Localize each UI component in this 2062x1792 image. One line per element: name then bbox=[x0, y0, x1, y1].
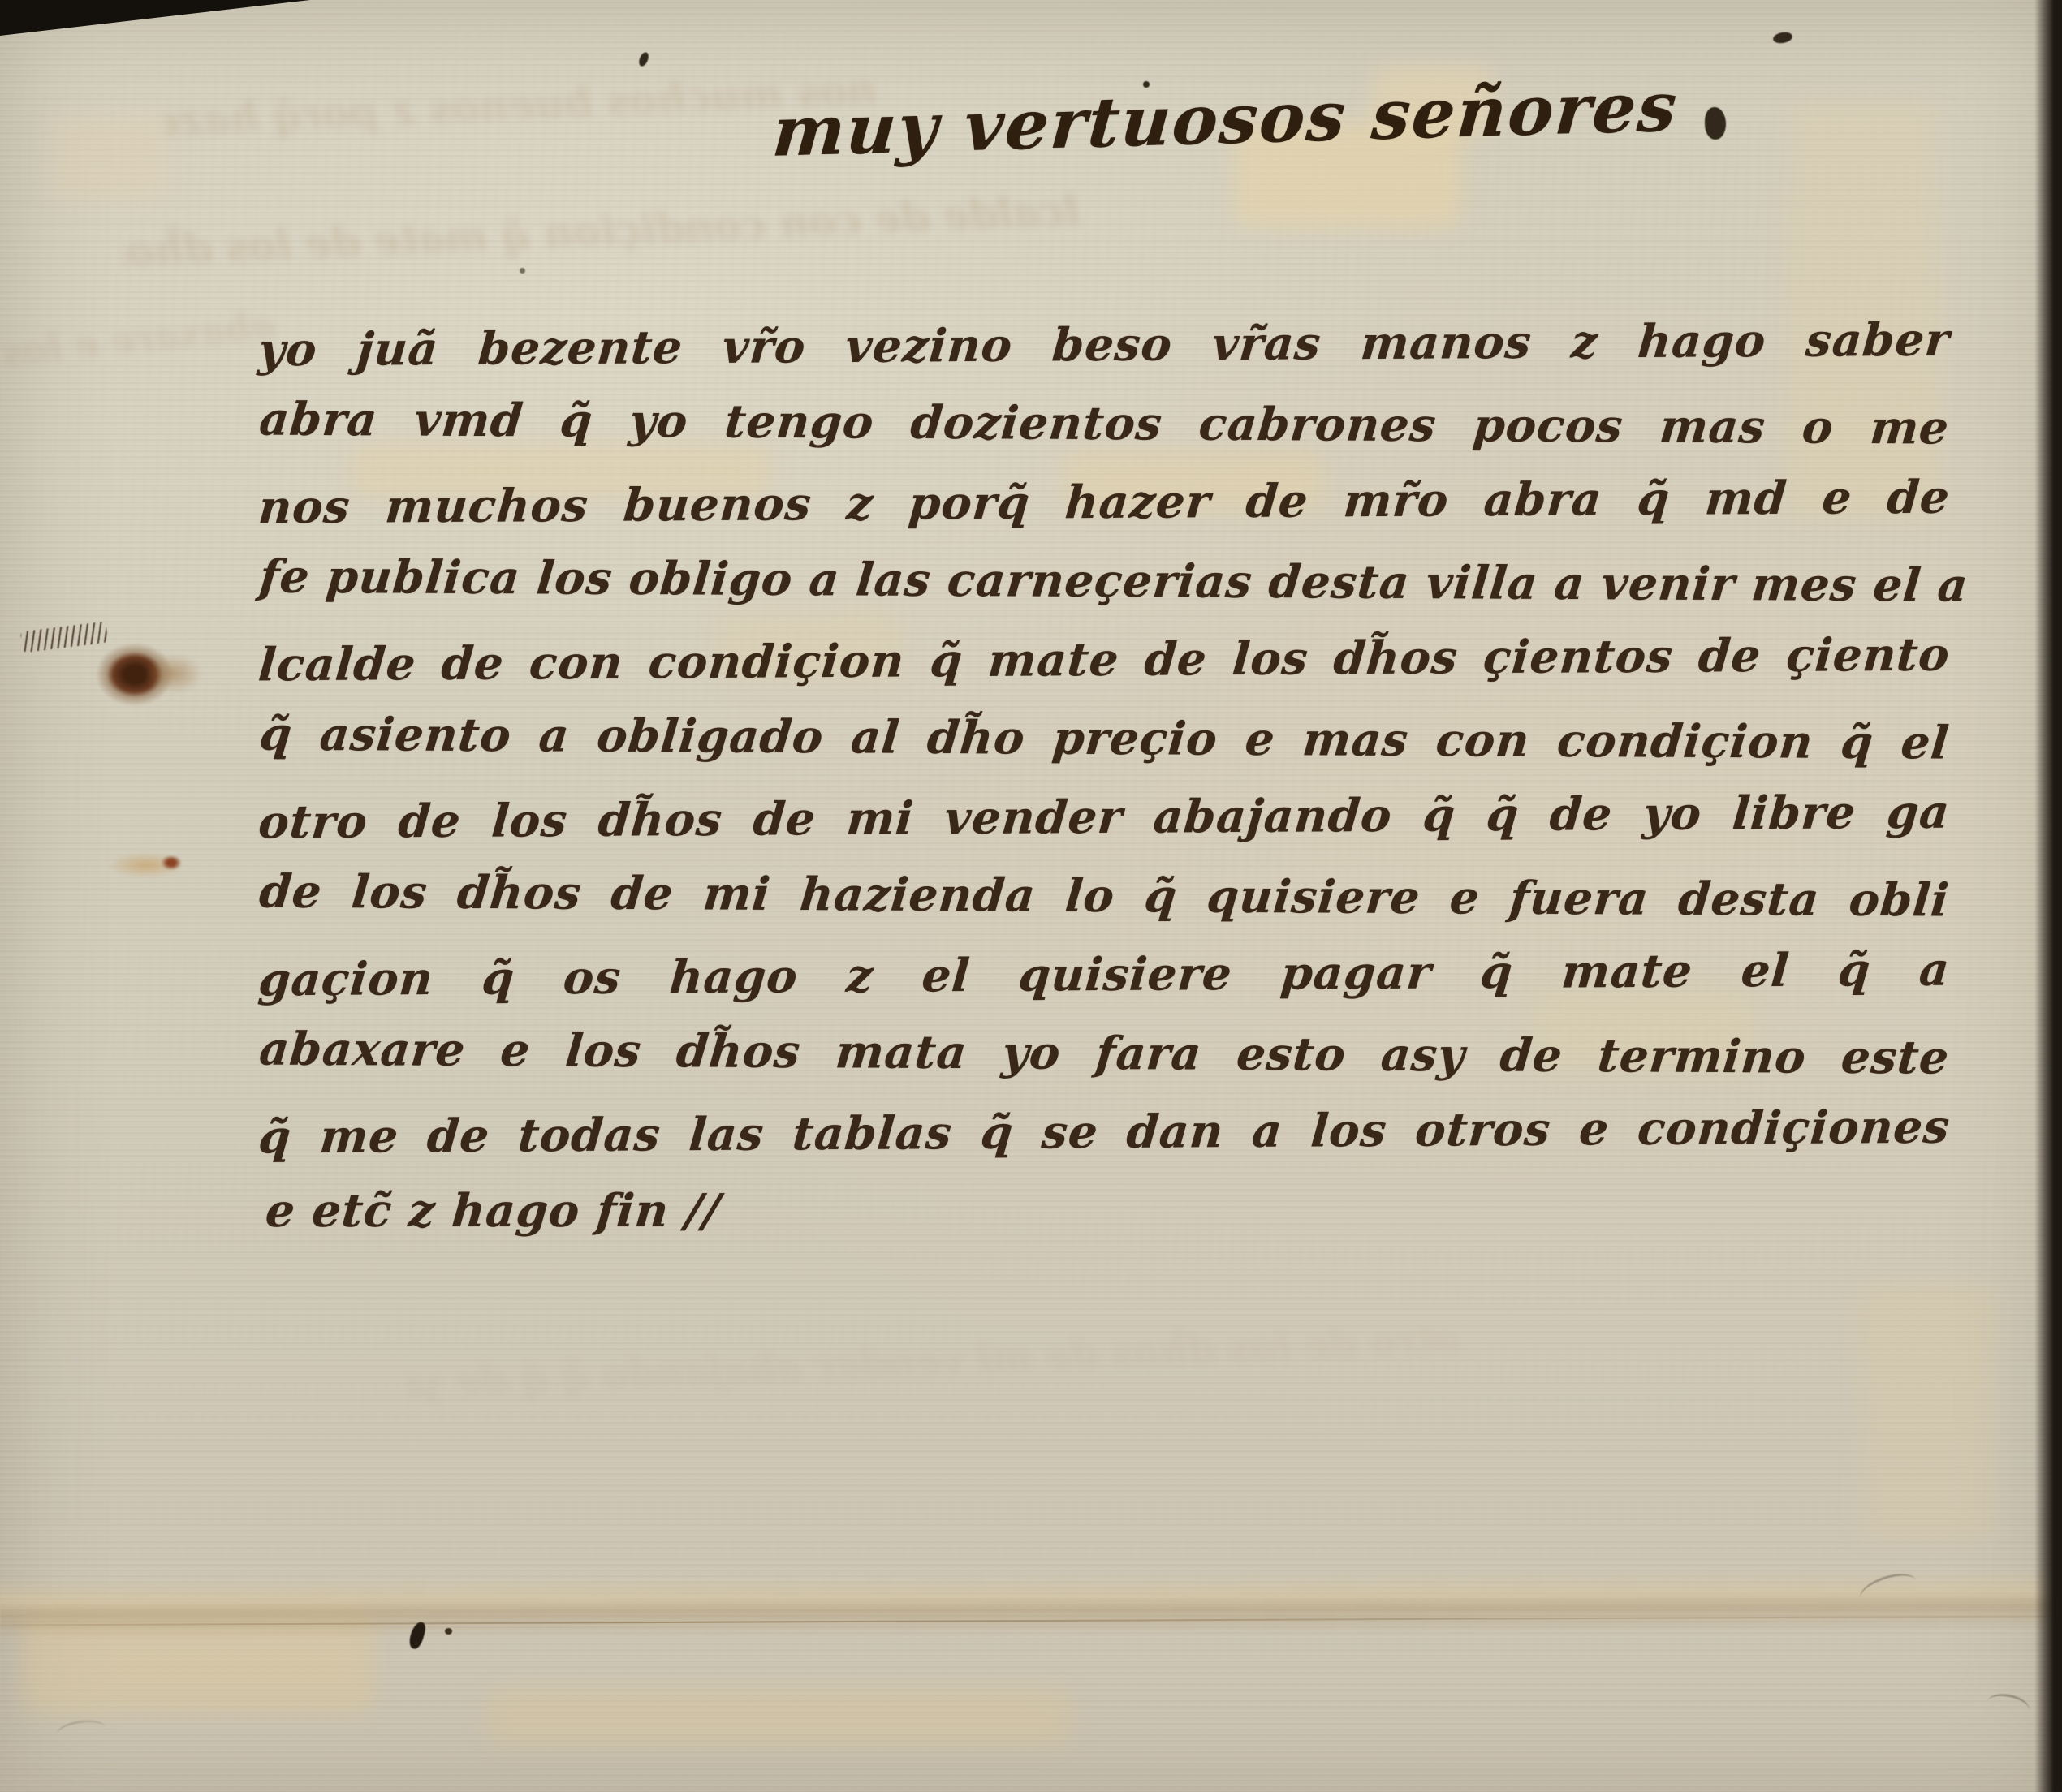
ink-speck bbox=[1705, 107, 1726, 140]
manuscript-line: gaçion q̃ os hago z el quisiere pagar q̃… bbox=[255, 943, 1952, 1032]
manuscript-line: nos muchos buenos z porq̃ hazer de mr̃o … bbox=[255, 471, 1952, 560]
manuscript-line: abaxare e los dh̃os mata yo fara esto as… bbox=[255, 1023, 1952, 1110]
heading-salutation: muy vertuosos señores bbox=[770, 77, 1279, 172]
manuscript-scan: nos muchos buenos z porq̃ hazer de mr̃o … bbox=[0, 0, 2062, 1792]
fold-crease bbox=[0, 1568, 2062, 1640]
paper-tear-speck bbox=[445, 1628, 452, 1635]
smudge-stain-tip bbox=[159, 854, 183, 872]
manuscript-line: abra vmd q̃ yo tengo dozientos cabrones … bbox=[255, 393, 1952, 480]
ink-speck bbox=[520, 268, 525, 274]
manuscript-line: yo juã bezente vr̃o vezino beso vr̃as ma… bbox=[255, 313, 1952, 403]
ink-blot-halo bbox=[136, 649, 209, 698]
manuscript-line: lcalde de con condiçion q̃ mate de los d… bbox=[255, 628, 1952, 717]
manuscript-line: fe publica los obligo a las carneçerias … bbox=[255, 550, 1952, 638]
scan-background-right-edge bbox=[2034, 0, 2062, 1792]
manuscript-line: de los dh̃os de mi hazienda lo q̃ quisie… bbox=[255, 865, 1952, 953]
manuscript-line: q̃ asiento a obligado al dh̃o preçio e m… bbox=[255, 708, 1952, 795]
manuscript-line: otro de los dh̃os de mi vender abajando … bbox=[255, 786, 1952, 875]
ink-speck bbox=[1143, 81, 1150, 88]
manuscript-closing-line: e etc̃ z hago fin // bbox=[261, 1184, 723, 1263]
manuscript-line: q̃ me de todas las tablas q̃ se dan a lo… bbox=[255, 1101, 1952, 1190]
